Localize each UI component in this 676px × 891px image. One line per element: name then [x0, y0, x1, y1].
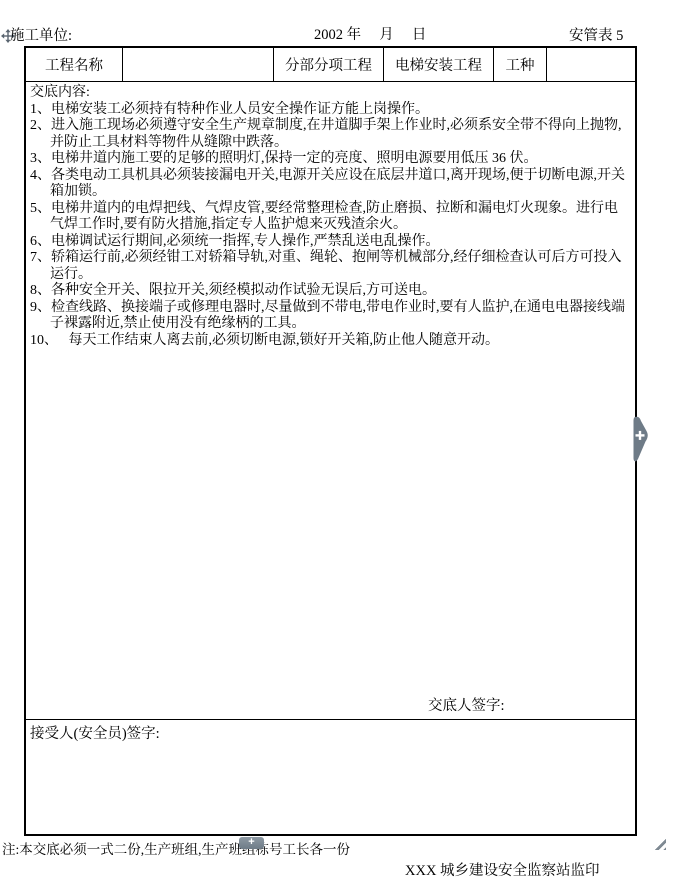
project-name-label-cell: 工程名称 — [26, 48, 122, 81]
info-row: 工程名称 分部分项工程 电梯安装工程 工种 — [26, 48, 635, 82]
form-code-label: 安管表 5 — [569, 24, 623, 45]
supervision-station-seal-line: XXX 城乡建设安全监察站监印 — [405, 859, 600, 880]
worktype-value-cell[interactable] — [546, 48, 635, 81]
briefing-item-10: 10、 每天工作结束人离去前,必须切断电源,锁好开关箱,防止他人随意开动。 — [30, 333, 629, 350]
insert-plus-button[interactable]: + — [239, 837, 264, 849]
construction-unit-label: 施工单位: — [10, 24, 72, 45]
worktype-label-cell: 工种 — [493, 48, 546, 81]
side-insert-handle[interactable] — [630, 416, 649, 463]
briefing-item-6: 6、电梯调试运行期间,必须统一指挥,专人操作,严禁乱送电乱操作。 — [30, 234, 629, 251]
plus-icon: + — [248, 836, 254, 848]
briefing-item-4: 4、各类电动工具机具必须装接漏电开关,电源开关应设在底层井道口,离开现场,便于切… — [30, 168, 629, 201]
subproject-value-cell[interactable]: 电梯安装工程 — [383, 48, 493, 81]
briefing-form-table: 工程名称 分部分项工程 电梯安装工程 工种 交底内容: 1、电梯安装工必须持有特… — [24, 46, 637, 836]
briefing-item-2: 2、进入施工现场必须遵守安全生产规章制度,在井道脚手架上作业时,必须系安全带不得… — [30, 118, 629, 151]
table-resize-handle[interactable] — [654, 838, 666, 850]
briefing-item-3: 3、电梯井道内施工要的足够的照明灯,保持一定的亮度、照明电源要用低压 36 伏。 — [30, 151, 629, 168]
receiver-signature-label: 接受人(安全员)签字: — [30, 726, 160, 742]
briefer-signature-label: 交底人签字: — [428, 698, 505, 715]
briefing-content-cell[interactable]: 交底内容: 1、电梯安装工必须持有特种作业人员安全操作证方能上岗操作。 2、进入… — [26, 82, 635, 720]
briefing-content-title: 交底内容: — [30, 85, 629, 102]
briefing-item-5: 5、电梯井道内的电焊把线、气焊皮管,要经常整理检查,防止磨损、拉断和漏电灯火现象… — [30, 201, 629, 234]
briefing-item-7: 7、轿箱运行前,必须经钳工对轿箱导轨,对重、绳轮、抱闸等机械部分,经仔细检查认可… — [30, 250, 629, 283]
briefing-item-9: 9、检查线路、换接端子或修理电器时,尽量做到不带电,带电作业时,要有人监护,在通… — [30, 300, 629, 333]
briefing-item-8: 8、各种安全开关、限拉开关,须经模拟动作试验无误后,方可送电。 — [30, 283, 629, 300]
date-text: 2002 年 月 日 — [314, 23, 426, 44]
worktype-label: 工种 — [506, 54, 535, 75]
project-name-label: 工程名称 — [45, 54, 103, 75]
project-name-value-cell[interactable] — [122, 48, 273, 81]
document-page: 施工单位: 2002 年 月 日 安管表 5 工程名称 分部分项工程 电梯安装工… — [0, 0, 676, 891]
subproject-value: 电梯安装工程 — [395, 54, 482, 75]
subproject-label-cell: 分部分项工程 — [273, 48, 383, 81]
receiver-signature-cell[interactable]: 接受人(安全员)签字: — [26, 720, 635, 834]
footer-note: 注:本交底必须一式二份,生产班组,生产班组栋号工长各一份 — [2, 838, 350, 858]
briefing-item-1: 1、电梯安装工必须持有特种作业人员安全操作证方能上岗操作。 — [30, 102, 629, 119]
subproject-label: 分部分项工程 — [285, 54, 372, 75]
